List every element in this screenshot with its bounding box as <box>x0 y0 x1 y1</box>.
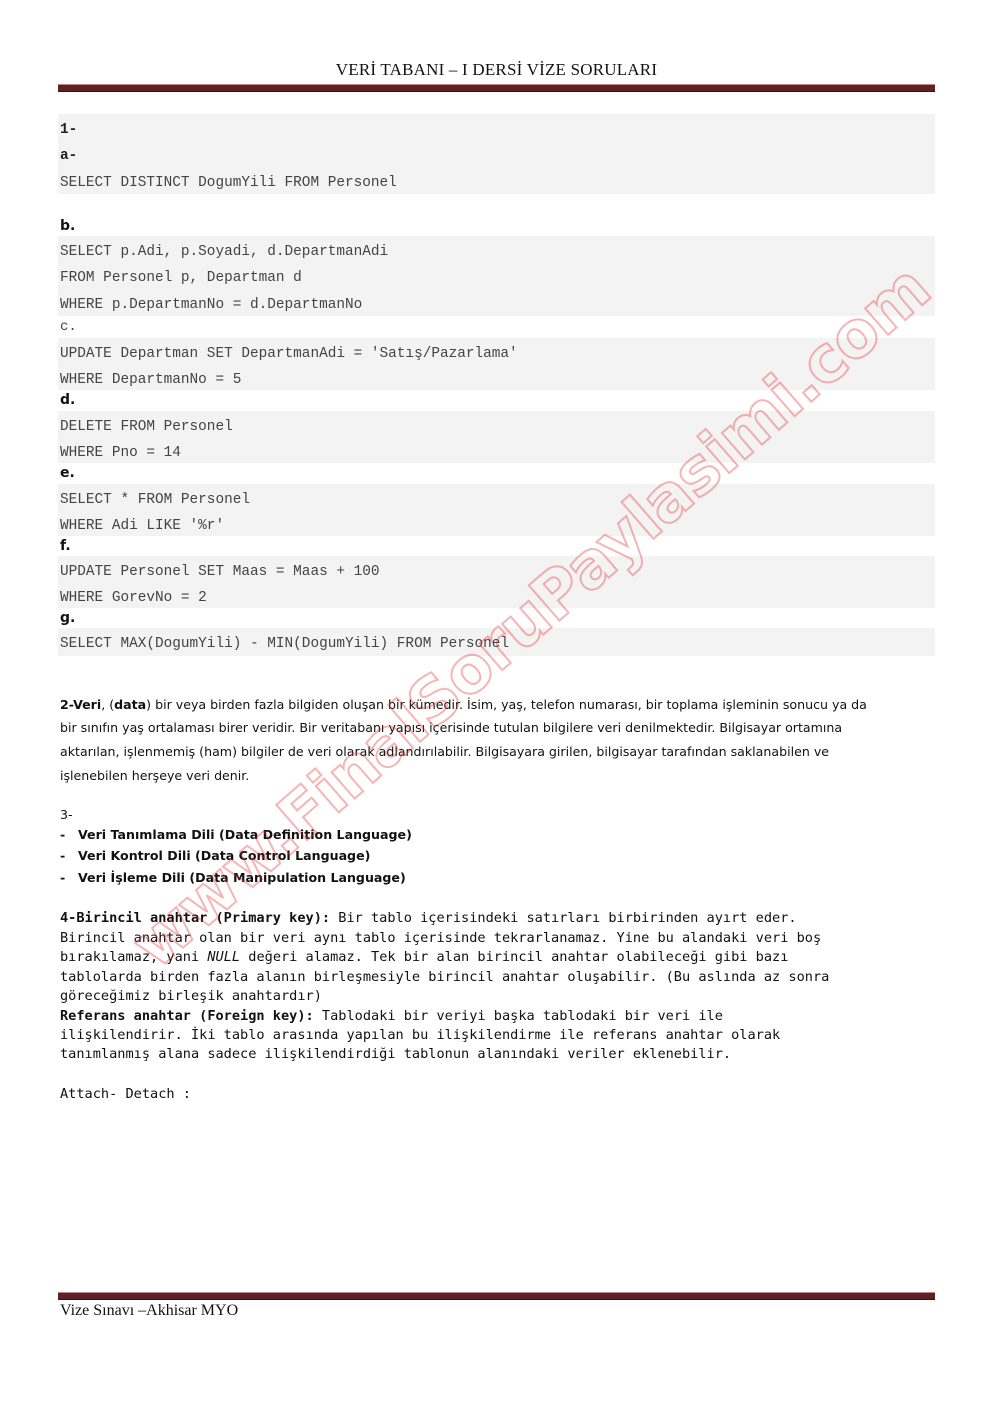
foreign-key-line3: tanımlanmış alana sadece ilişkilendirdiğ… <box>60 1046 731 1062</box>
part-label-e: e. <box>60 465 75 481</box>
question2-prefix: 2-Veri <box>60 697 101 712</box>
footer-rule <box>58 1292 935 1300</box>
part-label-a: a- <box>60 148 77 164</box>
code-block-1a: 1- a- SELECT DISTINCT DogumYili FROM Per… <box>58 114 935 194</box>
bullet: - <box>60 870 78 885</box>
part-label-d: d. <box>60 392 75 408</box>
list-item: -Veri Kontrol Dili (Data Control Languag… <box>60 848 370 863</box>
code-line: UPDATE Personel SET Maas = Maas + 100 <box>60 564 380 580</box>
bullet: - <box>60 827 78 842</box>
primary-key-line5: göreceğimiz birleşik anahtardır) <box>60 988 322 1004</box>
code-line: UPDATE Departman SET DepartmanAdi = 'Sat… <box>60 346 518 362</box>
code-line: SELECT DISTINCT DogumYili FROM Personel <box>60 175 397 191</box>
code-block-1f: UPDATE Personel SET Maas = Maas + 100 WH… <box>58 556 935 608</box>
bullet: - <box>60 848 78 863</box>
question2-line4: işlenebilen herşeye veri denir. <box>60 768 249 783</box>
part-label-f: f. <box>60 538 71 554</box>
code-line: WHERE DepartmanNo = 5 <box>60 372 241 388</box>
code-line: DELETE FROM Personel <box>60 419 233 435</box>
primary-key-line3: bırakılamaz, yani NULL değeri alamaz. Te… <box>60 949 788 965</box>
page-footer-text: Vize Sınavı –Akhisar MYO <box>60 1302 238 1320</box>
code-line: SELECT p.Adi, p.Soyadi, d.DepartmanAdi <box>60 244 388 260</box>
question3-number: 3- <box>60 807 73 822</box>
code-line: WHERE Adi LIKE '%r' <box>60 518 224 534</box>
question2-line3: aktarılan, işlenmemiş (ham) bilgiler de … <box>60 744 829 759</box>
foreign-key-line1: Referans anahtar (Foreign key): Tablodak… <box>60 1008 723 1024</box>
list-item: -Veri İşleme Dili (Data Manipulation Lan… <box>60 870 406 885</box>
page-header-title: VERİ TABANI – I DERSİ VİZE SORULARI <box>0 60 993 80</box>
code-line: SELECT MAX(DogumYili) - MIN(DogumYili) F… <box>60 636 509 652</box>
code-block-1c: UPDATE Departman SET DepartmanAdi = 'Sat… <box>58 338 935 390</box>
primary-key-line1: 4-Birincil anahtar (Primary key): Bir ta… <box>60 910 797 926</box>
foreign-key-line2: ilişkilendirir. İki tablo arasında yapıl… <box>60 1027 780 1043</box>
primary-key-line2: Birincil anahtar olan bir veri aynı tabl… <box>60 930 821 946</box>
list-item: -Veri Tanımlama Dili (Data Definition La… <box>60 827 412 842</box>
code-line: FROM Personel p, Departman d <box>60 270 302 286</box>
code-block-1g: SELECT MAX(DogumYili) - MIN(DogumYili) F… <box>58 628 935 656</box>
code-block-1e: SELECT * FROM Personel WHERE Adi LIKE '%… <box>58 484 935 536</box>
null-keyword: NULL <box>207 949 240 965</box>
code-line: SELECT * FROM Personel <box>60 492 250 508</box>
code-line: WHERE p.DepartmanNo = d.DepartmanNo <box>60 297 362 313</box>
header-rule <box>58 84 935 92</box>
foreign-key-title: Referans anahtar (Foreign key): <box>60 1008 314 1024</box>
primary-key-line4: tablolarda birden fazla alanın birleşmes… <box>60 969 829 985</box>
primary-key-title: 4-Birincil anahtar (Primary key): <box>60 910 330 926</box>
code-line: WHERE GorevNo = 2 <box>60 590 207 606</box>
part-label-g: g. <box>60 610 75 626</box>
question2-line1: 2-Veri, (data) bir veya birden fazla bil… <box>60 697 867 712</box>
code-line: WHERE Pno = 14 <box>60 445 181 461</box>
attach-detach-label: Attach- Detach : <box>60 1086 191 1102</box>
question-number: 1- <box>60 122 77 138</box>
part-label-c: c. <box>60 319 77 335</box>
question2-line2: bir sınıfın yaş ortalaması birer veridir… <box>60 720 842 735</box>
part-label-b: b. <box>60 218 75 234</box>
code-block-1b: SELECT p.Adi, p.Soyadi, d.DepartmanAdi F… <box>58 236 935 316</box>
code-block-1d: DELETE FROM Personel WHERE Pno = 14 <box>58 411 935 463</box>
data-word: data <box>114 697 146 712</box>
